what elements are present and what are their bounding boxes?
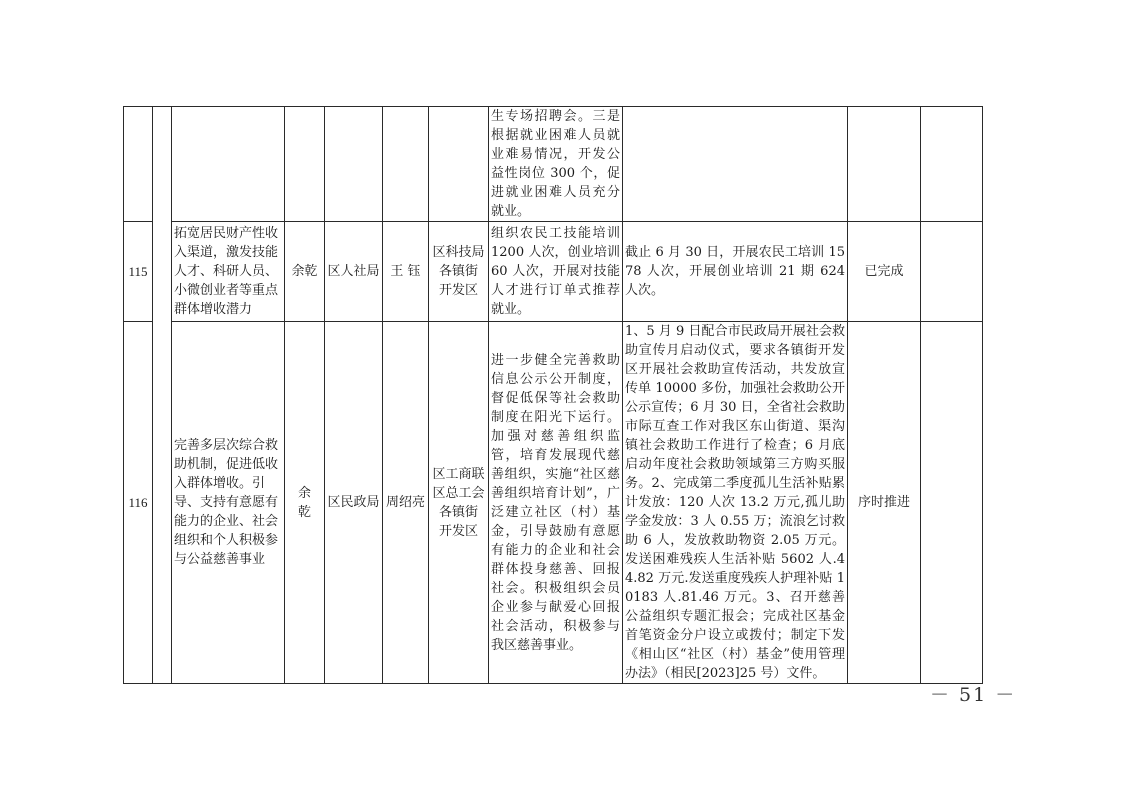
cooperating-unit: 区工商联 [431,465,486,484]
responsible-person-cell: 周绍亮 [383,322,429,684]
table-row: 115 拓宽居民财产性收入渠道，激发技能人才、科研人员、小微创业者等重点群体增收… [124,222,983,322]
cooperating-unit: 区总工会 [431,484,486,503]
task-cell: 完善多层次综合救助机制，促进低收入群体增收。引导、支持有意愿有能力的企业、社会组… [172,322,285,684]
work-progress-table: 生专场招聘会。三是根据就业困难人员就业难易情况，开发公益性岗位 300 个，促进… [123,106,983,684]
cooperating-units-cell [429,107,489,222]
lead-unit-cell: 区人社局 [325,222,383,322]
status-cell: 序时推进 [848,322,921,684]
page-number: － 51 － [930,680,1016,707]
cooperating-unit: 各镇街 [431,503,486,522]
cooperating-units-cell: 区工商联 区总工会 各镇街 开发区 [429,322,489,684]
task-cell [172,107,285,222]
progress-cell: 1、5 月 9 日配合市民政局开展社会救助宣传月启动仪式，要求各镇街开发区开展社… [623,322,848,684]
index-cell: 116 [124,322,153,684]
task-cell: 拓宽居民财产性收入渠道，激发技能人才、科研人员、小微创业者等重点群体增收潜力 [172,222,285,322]
cooperating-unit: 开发区 [431,522,486,541]
measures-cell: 进一步健全完善救助信息公示公开制度，督促低保等社会救助制度在阳光下运行。加强对慈… [489,322,623,684]
measures-cell: 生专场招聘会。三是根据就业困难人员就业难易情况，开发公益性岗位 300 个，促进… [489,107,623,222]
cooperating-unit: 各镇街 [431,262,486,281]
cooperating-unit: 开发区 [431,281,486,300]
measures-cell: 组织农民工技能培训 1200 人次，创业培训 60 人次，开展对技能人才进行订单… [489,222,623,322]
index-cell [124,107,153,222]
responsible-person-cell: 王 钰 [383,222,429,322]
cooperating-units-cell: 区科技局 各镇街 开发区 [429,222,489,322]
remarks-cell [921,322,983,684]
table-row: 生专场招聘会。三是根据就业困难人员就业难易情况，开发公益性岗位 300 个，促进… [124,107,983,222]
status-cell: 已完成 [848,222,921,322]
remarks-cell [921,222,983,322]
progress-cell [623,107,848,222]
cooperating-unit: 区科技局 [431,243,486,262]
table-row: 116 完善多层次综合救助机制，促进低收入群体增收。引导、支持有意愿有能力的企业… [124,322,983,684]
leader-cell [285,107,325,222]
document-page: 生专场招聘会。三是根据就业困难人员就业难易情况，开发公益性岗位 300 个，促进… [0,0,1122,793]
progress-cell: 截止 6 月 30 日，开展农民工培训 1578 人次，开展创业培训 21 期 … [623,222,848,322]
responsible-person-cell [383,107,429,222]
leader-char: 余 [287,484,322,503]
leader-char: 乾 [287,503,322,522]
lead-unit-cell: 区民政局 [325,322,383,684]
lead-unit-cell [325,107,383,222]
index-cell: 115 [124,222,153,322]
status-cell [848,107,921,222]
leader-cell: 余 乾 [285,322,325,684]
leader-cell: 余乾 [285,222,325,322]
merged-category-cell [153,107,172,684]
remarks-cell [921,107,983,222]
